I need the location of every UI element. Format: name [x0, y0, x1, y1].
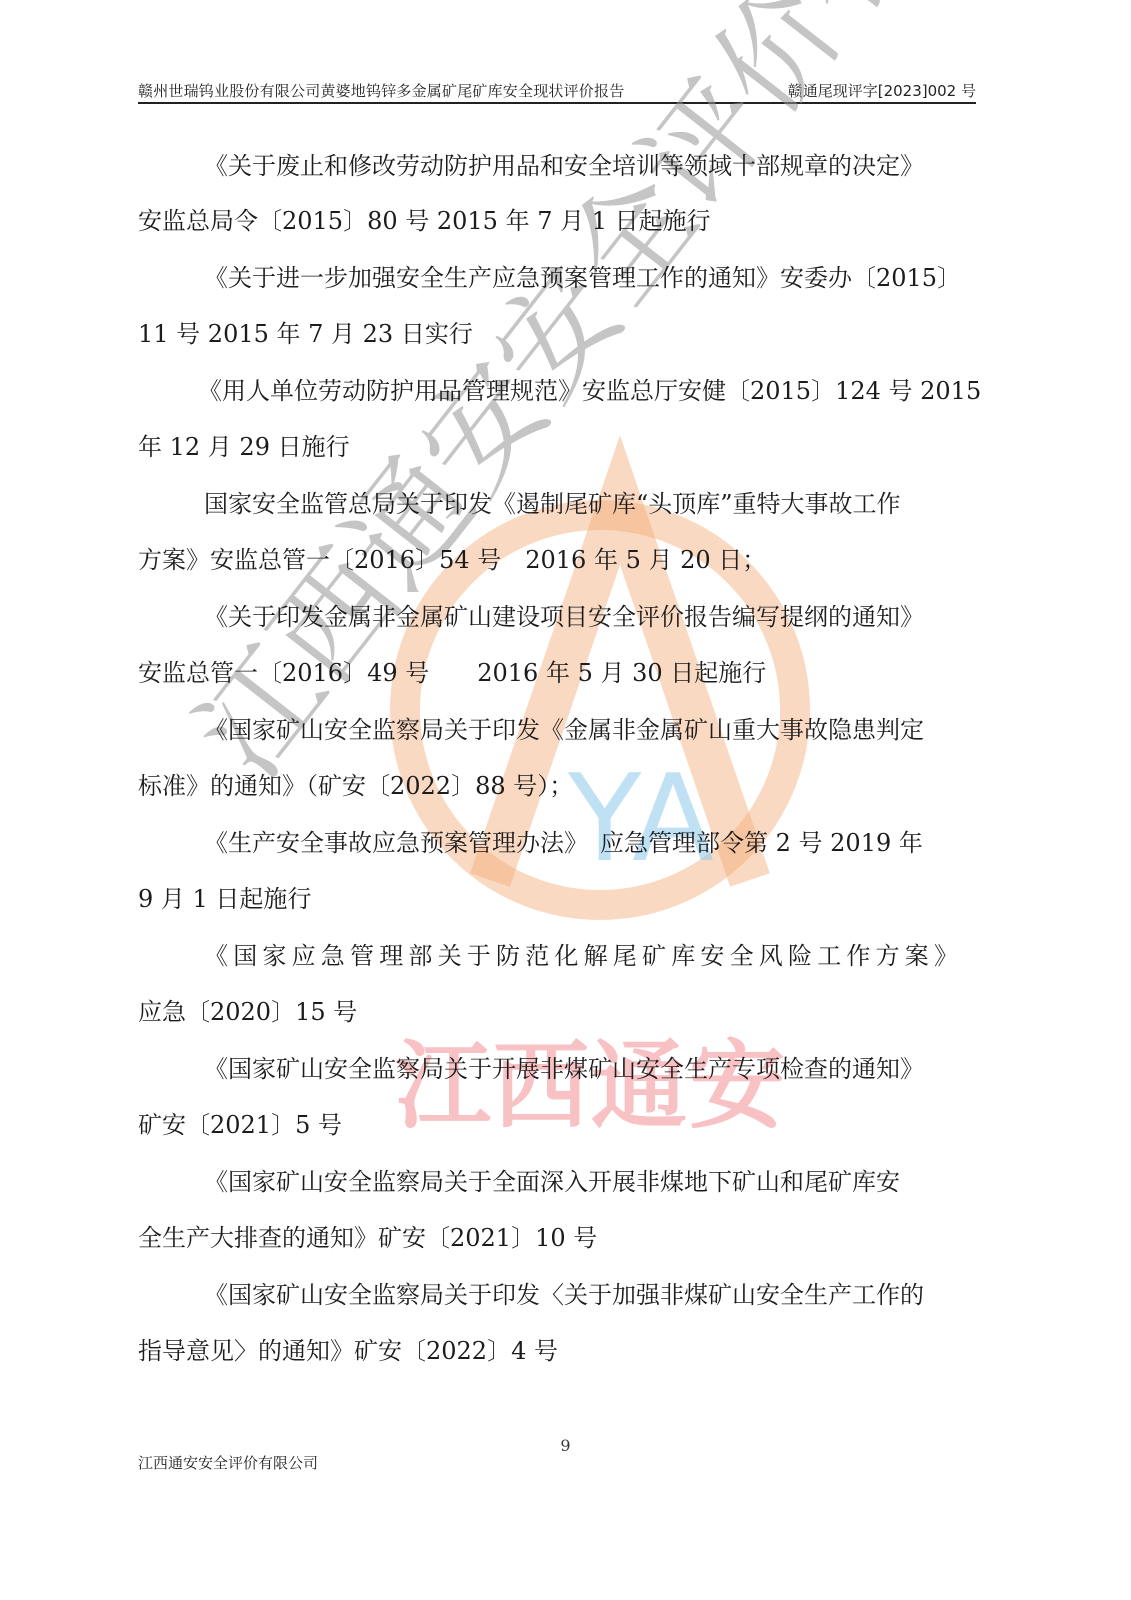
document-page: 赣州世瑞钨业股份有限公司黄婆地钨锌多金属矿尾矿库安全现状评价报告 赣通尾现评字[… [0, 0, 1131, 1600]
body-line: 11 号 2015 年 7 月 23 日实行 [138, 314, 473, 354]
body-line: 指导意见〉的通知》矿安〔2022〕4 号 [138, 1331, 558, 1371]
body-line: 《国家矿山安全监察局关于印发《金属非金属矿山重大事故隐患判定 [204, 710, 924, 750]
body-line: 全生产大排查的通知》矿安〔2021〕10 号 [138, 1218, 597, 1258]
page-header: 赣州世瑞钨业股份有限公司黄婆地钨锌多金属矿尾矿库安全现状评价报告 赣通尾现评字[… [138, 78, 976, 102]
report-title: 赣州世瑞钨业股份有限公司黄婆地钨锌多金属矿尾矿库安全现状评价报告 [138, 80, 624, 101]
body-line: 9 月 1 日起施行 [138, 879, 311, 919]
body-line: 应急〔2020〕15 号 [138, 992, 357, 1032]
body-line: 安监总局令〔2015〕80 号 2015 年 7 月 1 日起施行 [138, 201, 711, 241]
document-number: 赣通尾现评字[2023]002 号 [788, 80, 976, 101]
body-line: 国家安全监管总局关于印发《遏制尾矿库“头顶库”重特大事故工作 [204, 484, 901, 524]
body-line: 《关于废止和修改劳动防护用品和安全培训等领域十部规章的决定》 [204, 146, 924, 186]
body-line: 《关于进一步加强安全生产应急预案管理工作的通知》安委办〔2015〕 [204, 258, 961, 298]
body-line: 《国家应急管理部关于防范化解尾矿库安全风险工作方案》 [204, 936, 963, 976]
body-line: 安监总管一〔2016〕49 号 2016 年 5 月 30 日起施行 [138, 653, 766, 693]
body-line: 《关于印发金属非金属矿山建设项目安全评价报告编写提纲的通知》 [204, 597, 924, 637]
body-line: 《国家矿山安全监察局关于印发〈关于加强非煤矿山安全生产工作的 [204, 1275, 924, 1315]
header-divider [138, 102, 976, 104]
body-line: 《生产安全事故应急预案管理办法》 应急管理部令第 2 号 2019 年 [204, 823, 923, 863]
body-line: 《用人单位劳动防护用品管理规范》安监总厅安健〔2015〕124 号 2015 [198, 371, 981, 411]
body-line: 《国家矿山安全监察局关于开展非煤矿山安全生产专项检查的通知》 [204, 1049, 924, 1089]
body-line: 年 12 月 29 日施行 [138, 427, 350, 467]
body-line: 标准》的通知》（矿安〔2022〕88 号）； [138, 766, 573, 806]
footer-company: 江西通安安全评价有限公司 [138, 1452, 318, 1473]
body-line: 矿安〔2021〕5 号 [138, 1105, 342, 1145]
body-line: 方案》安监总管一〔2016〕54 号 2016 年 5 月 20 日； [138, 540, 766, 580]
body-line: 《国家矿山安全监察局关于全面深入开展非煤地下矿山和尾矿库安 [204, 1162, 900, 1202]
